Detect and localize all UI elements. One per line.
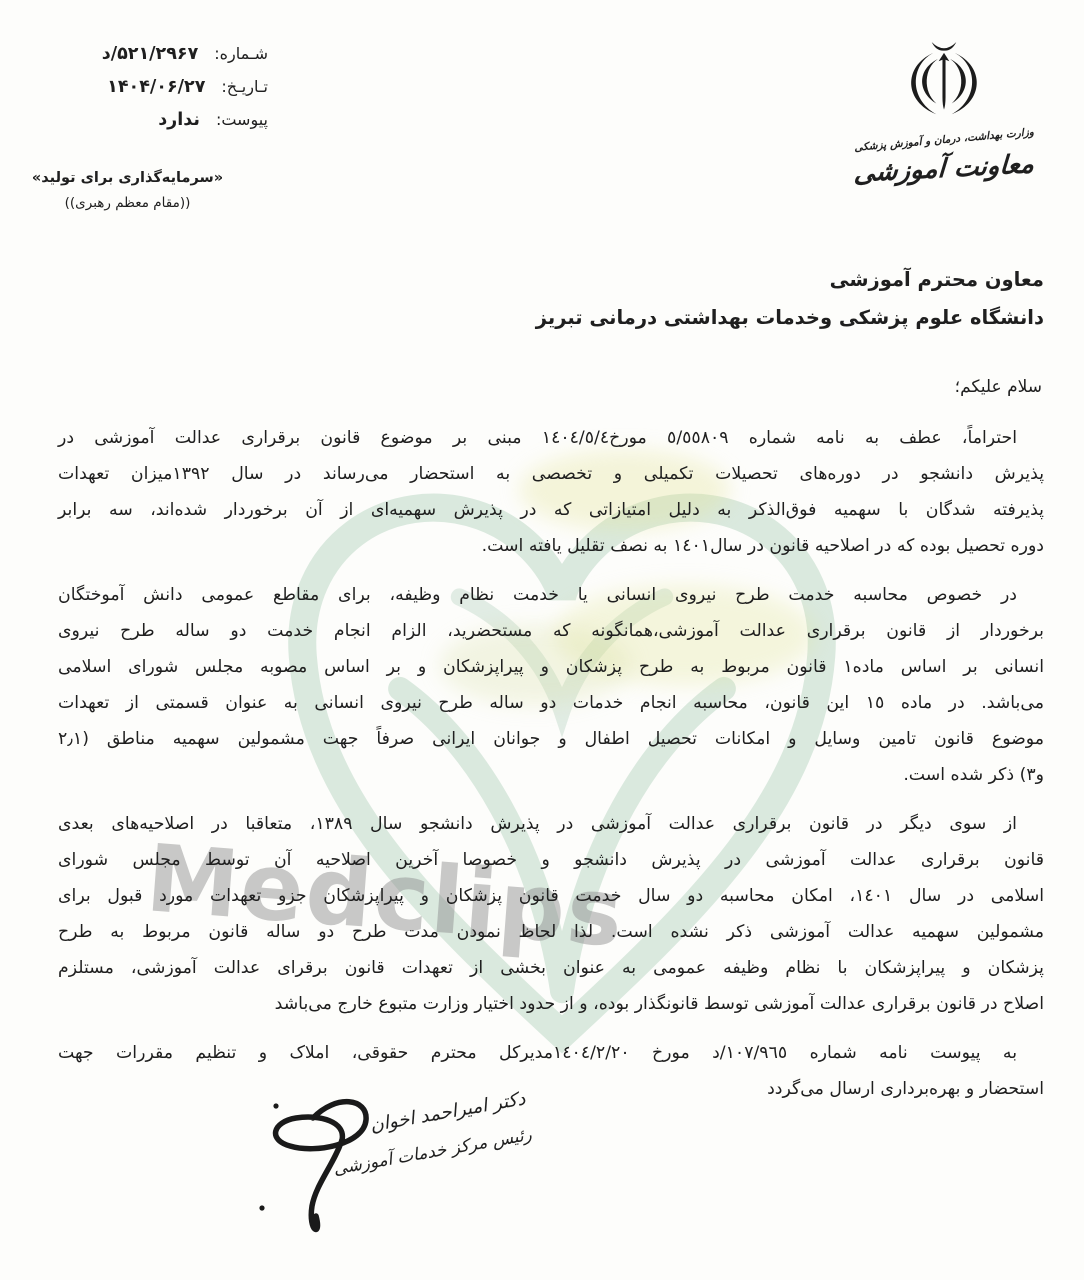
- department-name: معاونت آموزشی: [843, 149, 1045, 189]
- slogan-text: «سرمایه‌گذاری برای تولید»: [10, 170, 245, 186]
- header-fields: شـماره:۵۲۱/۲۹۶۷/دتـاریـخ:۱۴۰۴/۰۶/۲۷پیوست…: [8, 44, 268, 130]
- header-field: پیوست:ندارد: [8, 110, 268, 130]
- body-line: استحضار و بهره‌برداری ارسال می‌گردد: [58, 1071, 1044, 1107]
- body-line: پذیرفته شدگان با سهمیه فوق‌الذکر به دلیل…: [58, 492, 1044, 528]
- body-line: انسانی بر اساس ماده١ قانون مربوط به طرح …: [58, 649, 1044, 685]
- body-line: اصلاح در قانون برقراری عدالت آموزشی توسط…: [58, 986, 1044, 1022]
- header-field-value: ۵۲۱/۲۹۶۷/د: [102, 44, 199, 64]
- letter-body: احتراماً، عطف به نامه شماره ٥/٥٥٨٠٩ مورخ…: [58, 420, 1044, 1120]
- salutation: سلام علیکم؛: [955, 377, 1042, 397]
- body-line: مشمولین سهمیه عدالت آموزشی ذکر نشده است.…: [58, 914, 1044, 950]
- body-line: اسلامی در سال ١٤٠١، امکان محاسبه دو سال …: [58, 878, 1044, 914]
- body-paragraph: در خصوص محاسبه خدمت طرح نیروی انسانی یا …: [58, 577, 1044, 793]
- header-field-label: شـماره:: [214, 44, 268, 63]
- header-field: تـاریـخ:۱۴۰۴/۰۶/۲۷: [8, 77, 268, 97]
- body-paragraph: به پیوست نامه شماره ١٠٧/٩٦٥/د مورخ ١٤٠٤/…: [58, 1035, 1044, 1107]
- body-line: و٣) ذکر شده است.: [58, 757, 1044, 793]
- header-field-label: تـاریـخ:: [221, 77, 268, 96]
- body-line: برخوردار از قانون برقراری عدالت آموزشی،ه…: [58, 613, 1044, 649]
- body-paragraph: احتراماً، عطف به نامه شماره ٥/٥٥٨٠٩ مورخ…: [58, 420, 1044, 564]
- year-slogan: «سرمایه‌گذاری برای تولید» ((مقام معظم ره…: [10, 170, 245, 211]
- body-line: از سوی دیگر در قانون برقراری عدالت آموزش…: [58, 806, 1044, 842]
- body-line: به پیوست نامه شماره ١٠٧/٩٦٥/د مورخ ١٤٠٤/…: [58, 1035, 1044, 1071]
- scanned-letter-page: Medclips شـماره:۵۲۱/۲۹۶۷/دتـاریـخ:۱۴۰۴/۰…: [0, 0, 1084, 1280]
- letter-meta-block: شـماره:۵۲۱/۲۹۶۷/دتـاریـخ:۱۴۰۴/۰۶/۲۷پیوست…: [8, 44, 268, 143]
- body-line: در خصوص محاسبه خدمت طرح نیروی انسانی یا …: [58, 577, 1044, 613]
- recipient-block: معاون محترم آموزشی دانشگاه علوم پزشکی وخ…: [536, 268, 1044, 329]
- body-line: قانون برقراری عدالت آموزشی در پذیرش دانش…: [58, 842, 1044, 878]
- body-line: احتراماً، عطف به نامه شماره ٥/٥٥٨٠٩ مورخ…: [58, 420, 1044, 456]
- body-paragraph: از سوی دیگر در قانون برقراری عدالت آموزش…: [58, 806, 1044, 1022]
- letterhead: وزارت بهداشت، درمان و آموزش پزشکی معاونت…: [844, 36, 1044, 184]
- recipient-organization: دانشگاه علوم پزشکی وخدمات بهداشتی درمانی…: [536, 306, 1044, 329]
- body-line: می‌باشد. در ماده ١٥ این قانون، محاسبه ان…: [58, 685, 1044, 721]
- body-line: پزشکان و پیراپزشکان با نظام وظیفه عمومی …: [58, 950, 1044, 986]
- allah-emblem-icon: [901, 36, 987, 128]
- body-line: موضوع قانون تامین وسایل و امکانات تحصیل …: [58, 721, 1044, 757]
- header-field-value: ۱۴۰۴/۰۶/۲۷: [107, 77, 205, 97]
- header-field: شـماره:۵۲۱/۲۹۶۷/د: [8, 44, 268, 64]
- body-line: پذیرش دانشجو در دوره‌های تحصیلات تکمیلی …: [58, 456, 1044, 492]
- recipient-title: معاون محترم آموزشی: [536, 268, 1044, 291]
- header-field-value: ندارد: [158, 110, 200, 130]
- header-field-label: پیوست:: [216, 110, 268, 129]
- body-line: دوره تحصیل بوده که در اصلاحیه قانون در س…: [58, 528, 1044, 564]
- slogan-attribution: ((مقام معظم رهبری)): [10, 195, 245, 211]
